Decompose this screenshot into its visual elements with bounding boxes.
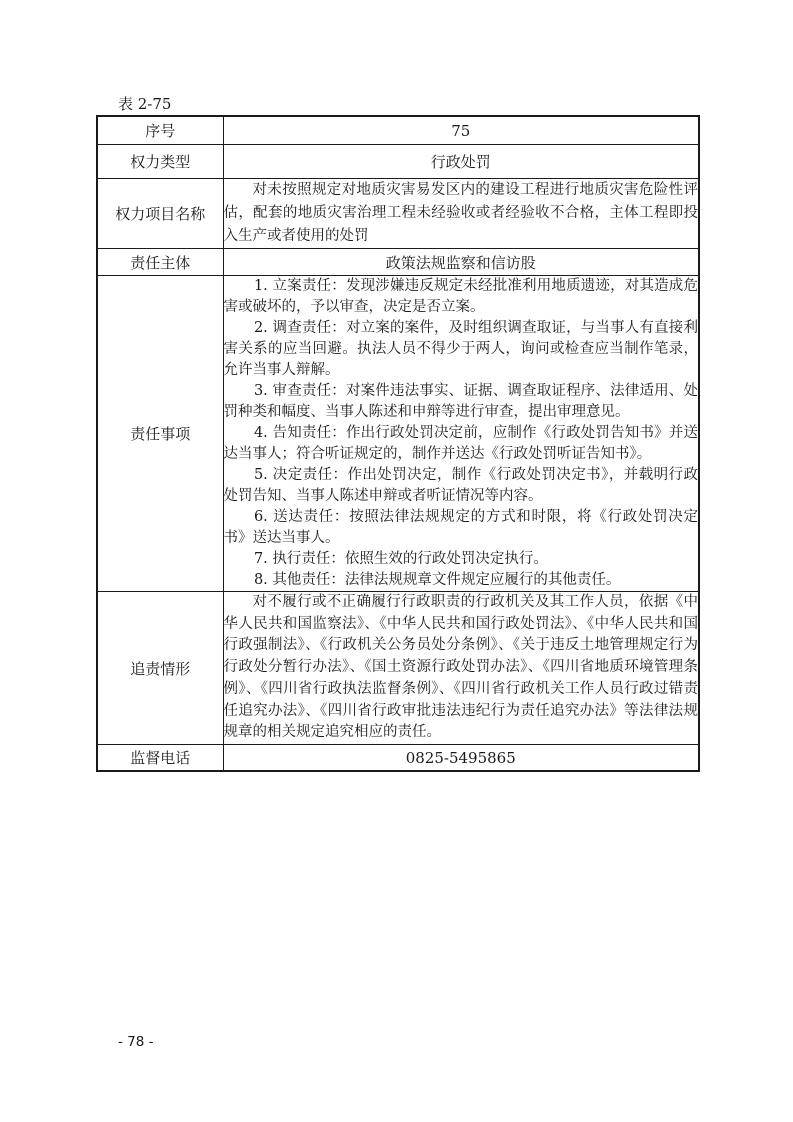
duty-item-8: 8. 其他责任：法律法规规章文件规定应履行的其他责任。 [224,570,699,591]
supervision-phone-label: 监督电话 [97,745,223,772]
table-row-duty: 责任事项 1. 立案责任：发现涉嫌违反规定未经批准利用地质遗迹，对其造成危害或破… [97,276,699,592]
power-type-label: 权力类型 [97,145,223,179]
table-row-power-item-name: 权力项目名称 对未按照规定对地质灾害易发区内的建设工程进行地质灾害危险性评估，配… [97,179,699,249]
power-item-name-text: 对未按照规定对地质灾害易发区内的建设工程进行地质灾害危险性评估，配套的地质灾害治… [224,179,699,248]
document-page: 表 2-75 序号 75 权力类型 行政处罚 权力项目名称 对未按照规定对地质灾… [0,0,793,1122]
power-duty-table: 序号 75 权力类型 行政处罚 权力项目名称 对未按照规定对地质灾害易发区内的建… [96,115,700,772]
duty-item-2: 2. 调查责任：对立案的案件，及时组织调查取证，与当事人有直接利害关系的应当回避… [224,318,699,381]
accountability-cell: 对不履行或不正确履行行政职责的行政机关及其工作人员，依据《中华人民共和国监察法》… [223,592,699,745]
page-number: - 78 - [118,1034,154,1050]
responsible-subject-label: 责任主体 [97,249,223,276]
duty-label: 责任事项 [97,276,223,592]
table-row-power-type: 权力类型 行政处罚 [97,145,699,179]
duty-item-5: 5. 决定责任：作出处罚决定，制作《行政处罚决定书》，并载明行政处罚告知、当事人… [224,465,699,507]
duty-item-7: 7. 执行责任：依照生效的行政处罚决定执行。 [224,549,699,570]
table-row-responsible-subject: 责任主体 政策法规监察和信访股 [97,249,699,276]
duty-item-4: 4. 告知责任：作出行政处罚决定前，应制作《行政处罚告知书》并送达当事人；符合听… [224,423,699,465]
power-item-name-label: 权力项目名称 [97,179,223,249]
responsible-subject-value: 政策法规监察和信访股 [223,249,699,276]
duty-item-6: 6. 送达责任：按照法律法规规定的方式和时限，将《行政处罚决定书》送达当事人。 [224,507,699,549]
supervision-phone-value: 0825-5495865 [223,745,699,772]
accountability-text: 对不履行或不正确履行行政职责的行政机关及其工作人员，依据《中华人民共和国监察法》… [224,592,699,744]
table-row-accountability: 追责情形 对不履行或不正确履行行政职责的行政机关及其工作人员，依据《中华人民共和… [97,592,699,745]
serial-value: 75 [223,116,699,145]
accountability-label: 追责情形 [97,592,223,745]
serial-label: 序号 [97,116,223,145]
power-item-name-value: 对未按照规定对地质灾害易发区内的建设工程进行地质灾害危险性评估，配套的地质灾害治… [223,179,699,249]
table-caption: 表 2-75 [118,95,171,113]
duty-item-3: 3. 审查责任：对案件违法事实、证据、调查取证程序、法律适用、处罚种类和幅度、当… [224,381,699,423]
table-row-supervision-phone: 监督电话 0825-5495865 [97,745,699,772]
power-type-value: 行政处罚 [223,145,699,179]
duty-items-cell: 1. 立案责任：发现涉嫌违反规定未经批准利用地质遗迹，对其造成危害或破坏的，予以… [223,276,699,592]
table-row-serial: 序号 75 [97,116,699,145]
duty-item-1: 1. 立案责任：发现涉嫌违反规定未经批准利用地质遗迹，对其造成危害或破坏的，予以… [224,276,699,318]
